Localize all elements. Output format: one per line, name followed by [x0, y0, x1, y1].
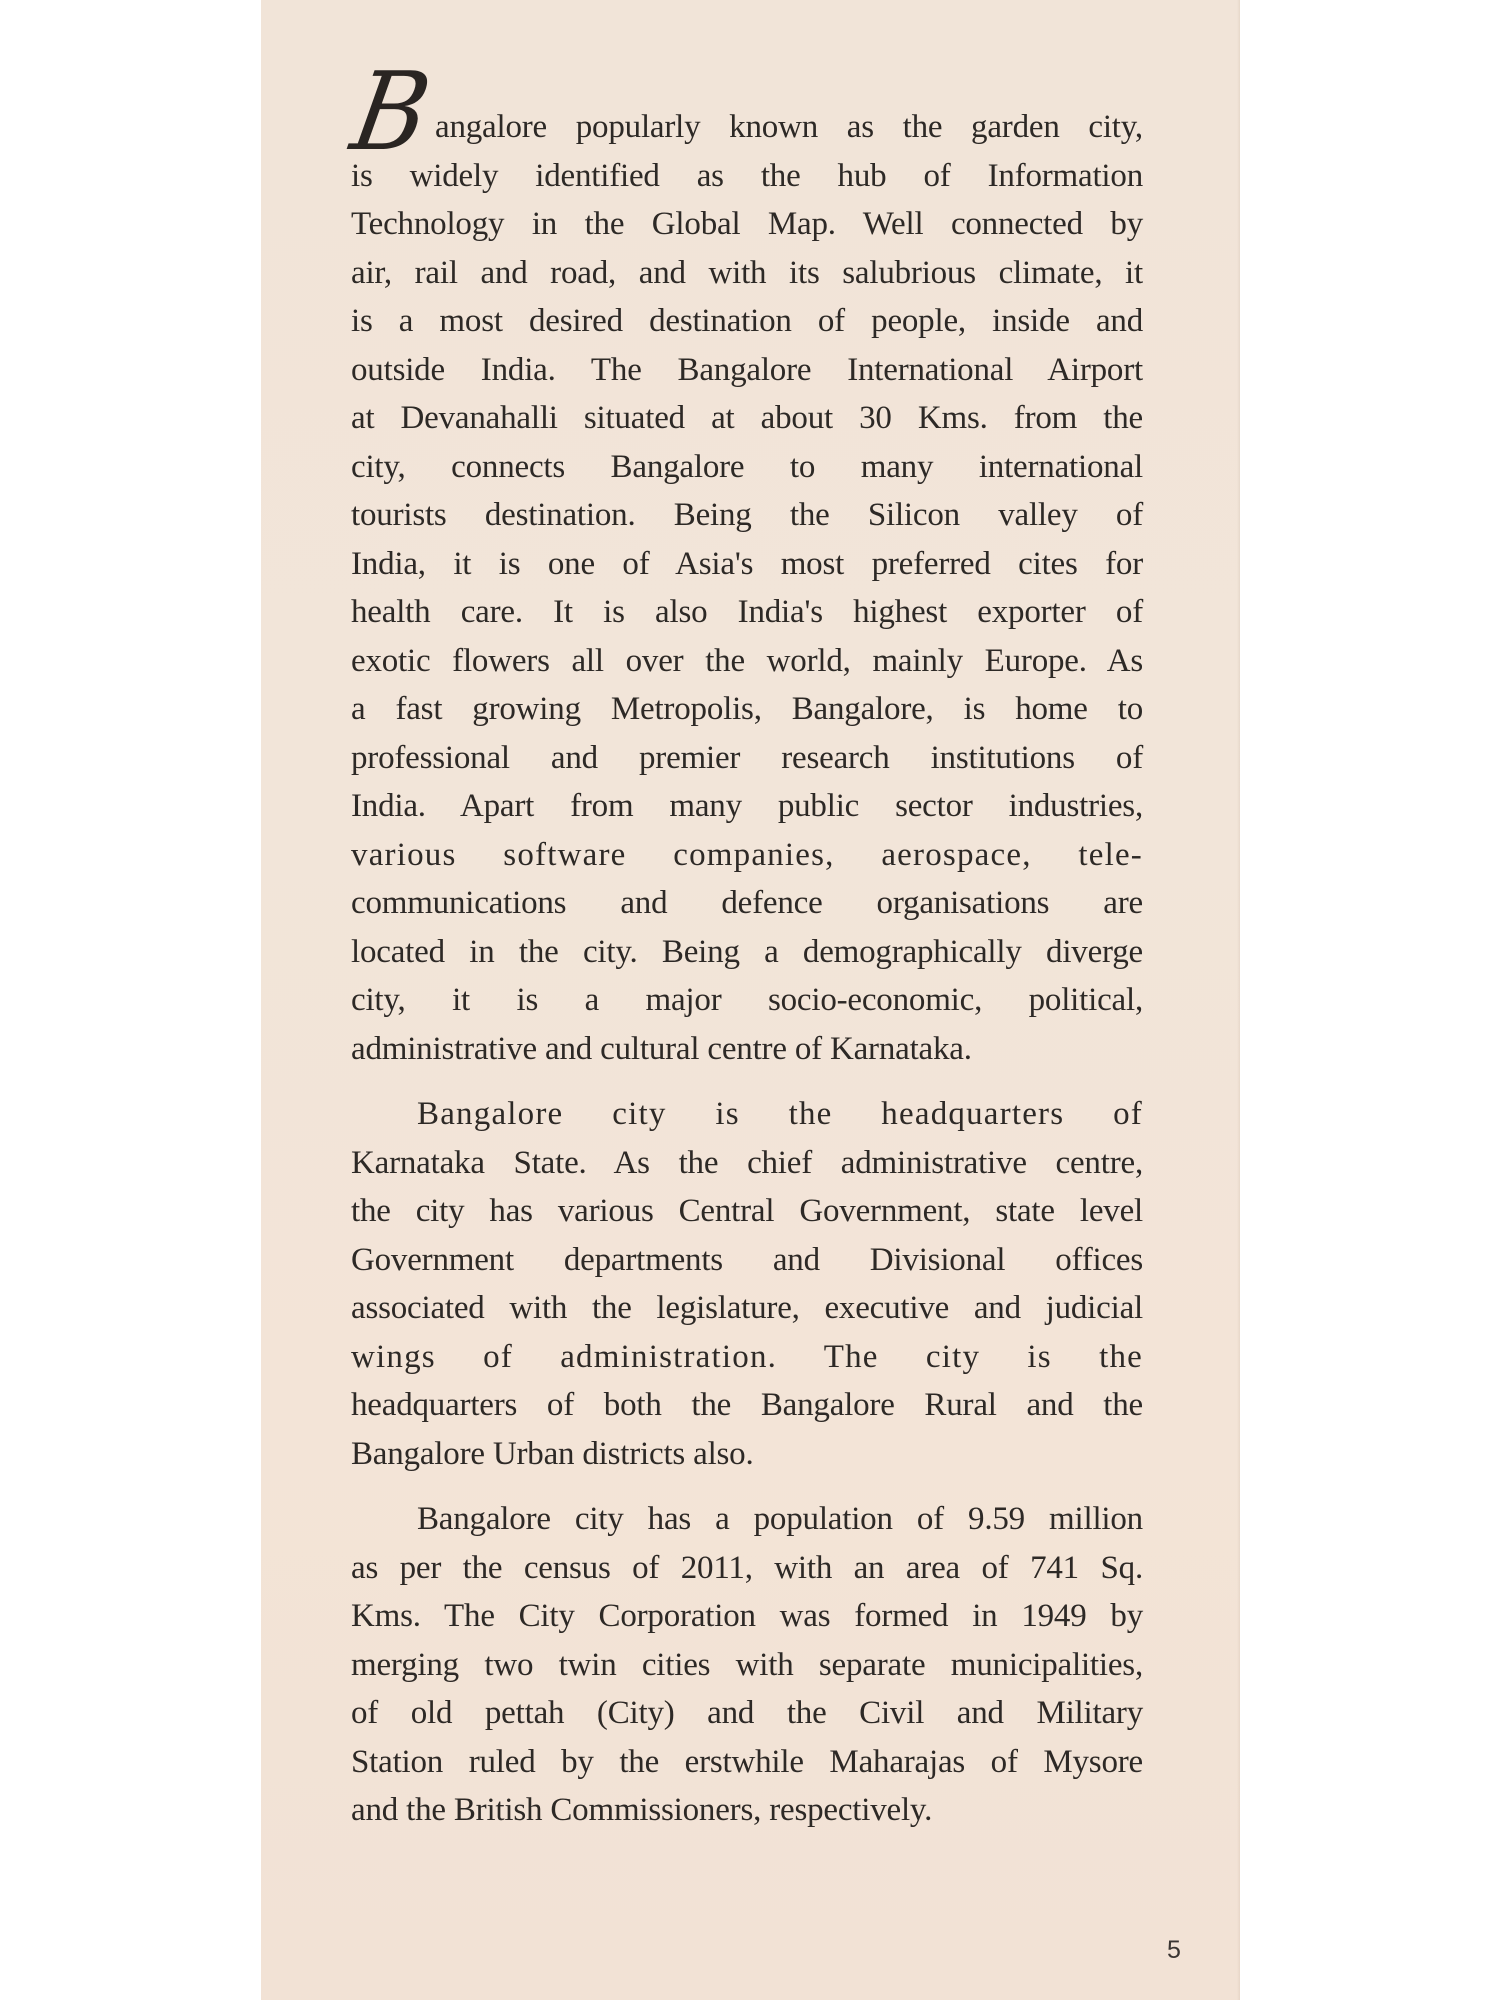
text-line: city, it is a major socio-economic, poli… [351, 976, 1143, 1025]
text-line: administrative and cultural centre of Ka… [351, 1025, 1143, 1074]
text-line: Karnataka State. As the chief administra… [351, 1139, 1143, 1188]
paragraph-2: Bangalore city is the headquarters of Ka… [351, 1090, 1143, 1478]
text-line: health care. It is also India's highest … [351, 588, 1143, 637]
text-line: of old pettah (City) and the Civil and M… [351, 1689, 1143, 1738]
text-line: Station ruled by the erstwhile Maharajas… [351, 1738, 1143, 1787]
text-line: Bangalore city is the headquarters of [351, 1090, 1143, 1139]
text-line: located in the city. Being a demographic… [351, 928, 1143, 977]
text-line: professional and premier research instit… [351, 734, 1143, 783]
text-line: Technology in the Global Map. Well conne… [351, 200, 1143, 249]
text-line: the city has various Central Government,… [351, 1187, 1143, 1236]
text-line: is a most desired destination of people,… [351, 297, 1143, 346]
text-line: as per the census of 2011, with an area … [351, 1544, 1143, 1593]
text-line: air, rail and road, and with its salubri… [351, 249, 1143, 298]
text-line: India, it is one of Asia's most preferre… [351, 540, 1143, 589]
page-number: 5 [1167, 1936, 1181, 1965]
text-line: headquarters of both the Bangalore Rural… [351, 1381, 1143, 1430]
text-line: outside India. The Bangalore Internation… [351, 346, 1143, 395]
text-line: city, connects Bangalore to many interna… [351, 443, 1143, 492]
text-line: a fast growing Metropolis, Bangalore, is… [351, 685, 1143, 734]
paragraph-1: B angalore popularly known as the garden… [351, 103, 1143, 1073]
text-line: Kms. The City Corporation was formed in … [351, 1592, 1143, 1641]
text-line: Bangalore city has a population of 9.59 … [351, 1495, 1143, 1544]
text-line: exotic flowers all over the world, mainl… [351, 637, 1143, 686]
text-line: communications and defence organisations… [351, 879, 1143, 928]
text-line: associated with the legislature, executi… [351, 1284, 1143, 1333]
text-line: tourists destination. Being the Silicon … [351, 491, 1143, 540]
text-line: India. Apart from many public sector ind… [351, 782, 1143, 831]
text-line: Government departments and Divisional of… [351, 1236, 1143, 1285]
page-edge-shadow [1237, 0, 1240, 2000]
text-line: wings of administration. The city is the [351, 1333, 1143, 1382]
text-line: and the British Commissioners, respectiv… [351, 1786, 1143, 1835]
text-line: merging two twin cities with separate mu… [351, 1641, 1143, 1690]
text-line: Bangalore Urban districts also. [351, 1430, 1143, 1479]
text-line: at Devanahalli situated at about 30 Kms.… [351, 394, 1143, 443]
paragraph-3: Bangalore city has a population of 9.59 … [351, 1495, 1143, 1835]
text-line: angalore popularly known as the garden c… [351, 103, 1143, 152]
text-line: is widely identified as the hub of Infor… [351, 152, 1143, 201]
text-line: various software companies, aerospace, t… [351, 831, 1143, 880]
